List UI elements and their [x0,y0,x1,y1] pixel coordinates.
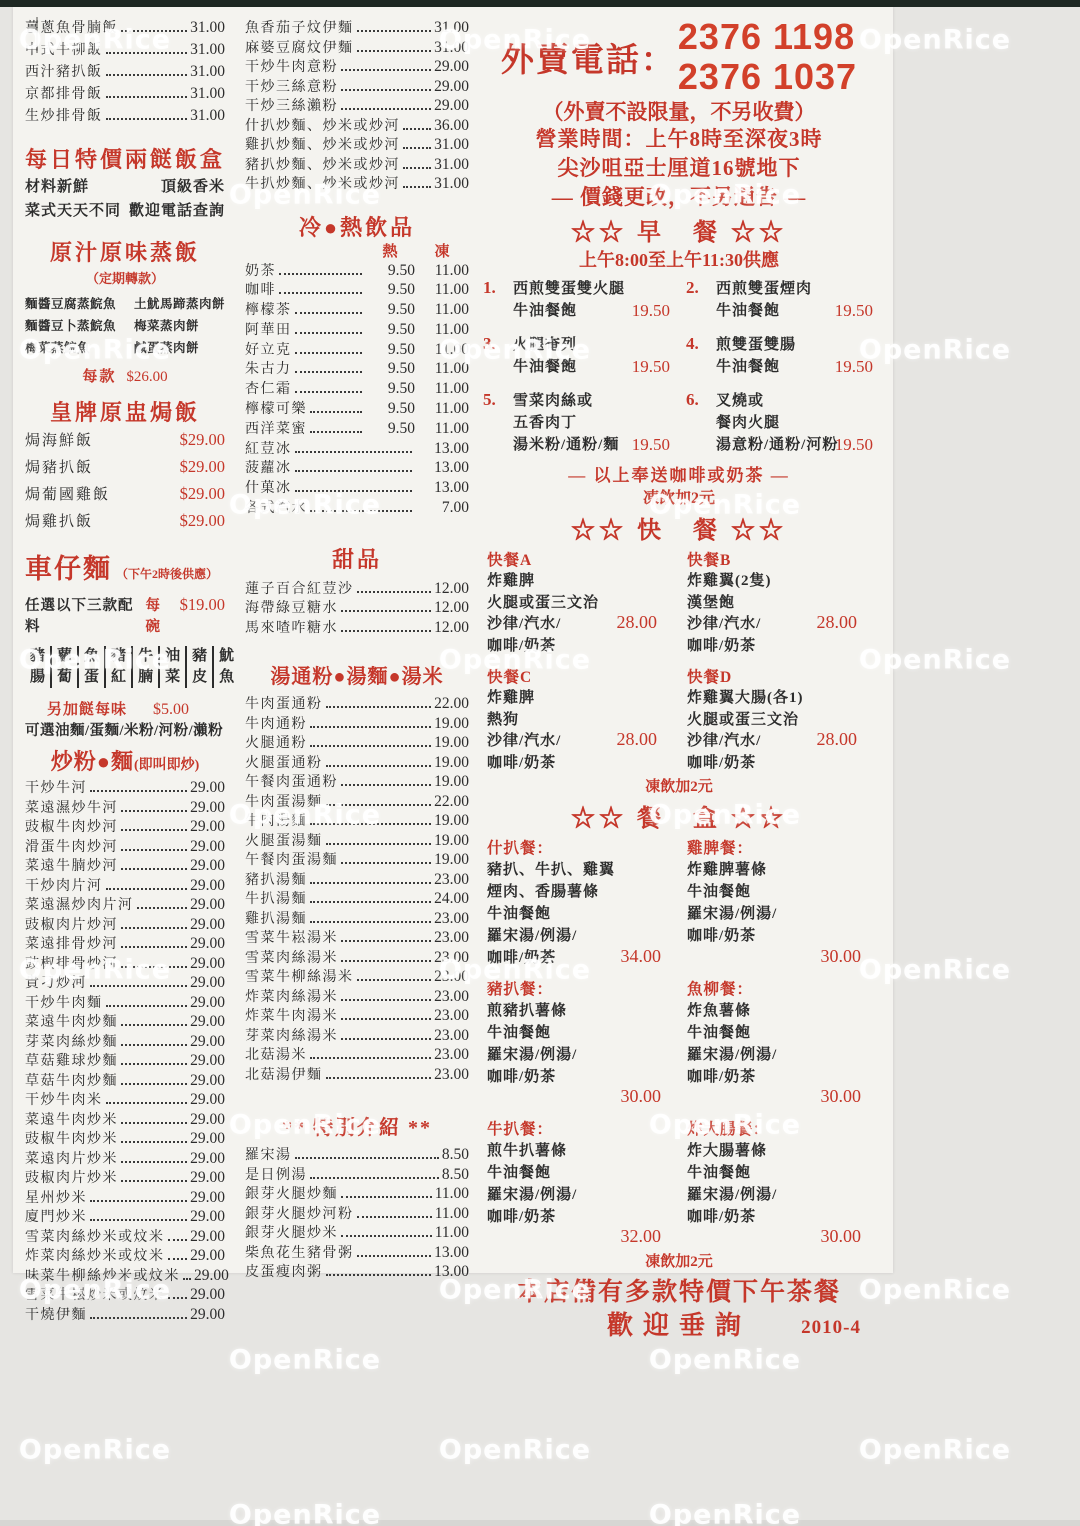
menu-item: 干炒牛肉意粉 29.00 [245,58,469,78]
breakfast-set-price: 19.50 [835,301,873,321]
menu-item: 火腿蛋湯麵 19.00 [245,832,469,852]
menu-item: 菜遠濕炒牛河 29.00 [25,799,225,819]
menu-item-price: 29.00 [190,1111,225,1130]
dot-leader [295,352,363,354]
drink-name: 紅荳冰 [245,441,292,460]
special-intro-title: ** 特別介紹 ** [245,1111,469,1140]
drink-hot-price: 9.50 [365,360,415,379]
menu-item: 貴刁炒河 29.00 [25,974,225,994]
menu-item-price: 31.00 [190,61,225,82]
menu-item: 菜遠肉片炒米 29.00 [25,1150,225,1170]
set-line: 煙肉、香腸薯條 [487,881,671,903]
scanned-menu-page: { "colors":{"accent_red":"#c5372a","phon… [0,0,1080,1526]
dot-leader [121,1161,187,1163]
menu-item-price: 23.00 [434,988,469,1007]
set-line: 咖啡/奶茶 [687,636,871,658]
menu-item-price: 19.00 [434,832,469,851]
drink-hot-price: 9.50 [365,400,415,419]
menu-item: 銀芽火腿炒麵 11.00 [245,1185,469,1205]
cart-topping: 魚蛋 [77,646,104,688]
menu-item: 中式牛柳飯 31.00 [25,39,225,61]
menu-item: 牛肉蛋湯麵 22.00 [245,793,469,813]
menu-item-price: 23.00 [434,1027,469,1046]
menu-item-name: 薑蔥魚骨腩飯 [25,18,118,39]
menu-item-price: 23.00 [434,1007,469,1026]
menu-item-price: 29.00 [190,799,225,818]
menu-item: 午餐肉蛋湯麵 19.00 [245,851,469,871]
meal-box-set-lines: 炸大腸薯條牛油餐飽羅宋湯/例湯/咖啡/奶茶 [687,1140,871,1228]
drink-cold-price: 11.00 [415,400,469,419]
drink-cold-price: 11.00 [415,420,469,439]
set-line: 羅宋湯/例湯/ [687,1184,871,1206]
menu-item-price: 36.00 [434,117,469,136]
dot-leader [357,1255,432,1257]
set-line: 咖啡/奶茶 [487,753,671,775]
dot-leader [121,868,187,870]
dot-leader [310,1177,439,1179]
menu-item: 豉椒肉片炒米 29.00 [25,1169,225,1189]
menu-item-price: 29.00 [190,1150,225,1169]
drink-hot-price: 9.50 [365,341,415,360]
menu-item-name: 干燒伊麵 [25,1307,87,1326]
drink-name: 檸檬茶 [245,302,292,321]
dot-leader [121,946,187,948]
menu-item-price: 19.00 [434,754,469,773]
menu-item-price: 29.00 [194,1267,229,1286]
drink-name: 朱古力 [245,361,292,380]
menu-item: 北菇湯伊麵 23.00 [245,1066,469,1086]
set-line: 炸雞翼大腸(各1) [687,688,871,710]
menu-item-price: 29.00 [434,58,469,77]
drink-item: 菠蘿冰 13.00 [245,459,469,479]
menu-item-price: 29.00 [190,935,225,954]
menu-item: 生炒排骨飯 31.00 [25,105,225,127]
dot-leader [106,118,188,120]
menu-item: 馬來喳咋糖水 12.00 [245,619,469,639]
left-column: 薑蔥魚骨腩飯 31.00 中式牛柳飯 31.00 西汁豬扒飯 31.00 [25,7,225,1283]
menu-item-name: 草菇牛肉炒麵 [25,1073,118,1092]
set-line: 炸雞脾薯條 [687,859,871,881]
menu-item-name: 干炒牛河 [25,780,87,799]
cart-topping: 蘿蔔 [50,646,77,688]
dot-leader [121,849,187,851]
drink-item: 紅荳冰 13.00 [245,440,469,460]
drink-price: 7.00 [415,499,469,518]
dot-leader [90,985,187,987]
dot-leader [137,907,188,909]
openrice-watermark: OpenRice [649,1345,801,1376]
set-line: 炸大腸薯條 [687,1140,871,1162]
menu-item-price: 11.00 [435,1185,469,1204]
breakfast-set: 5. 雪菜肉絲或五香肉丁湯米粉/通粉/麵 19.50 [483,390,672,456]
menu-item-price: 23.00 [434,968,469,987]
menu-item-price: 29.00 [190,779,225,798]
set-line: 雪菜肉絲或 [513,390,672,412]
steamed-dish: 土魷馬蹄蒸肉餅 [134,293,225,315]
menu-item-price: 29.00 [190,1306,225,1325]
menu-item-price: 19.00 [434,773,469,792]
menu-item-price: 23.00 [434,871,469,890]
set-line: 火腿奄列 [513,334,672,356]
menu-item-price: 13.00 [434,1263,469,1282]
drink-name: 什菓冰 [245,480,292,499]
menu-item: 京都排骨飯 31.00 [25,83,225,105]
menu-item-name: 炸菜牛肉湯米 [245,1008,338,1027]
menu-item-name: 西汁豬扒飯 [25,62,103,83]
menu-item: 麻婆豆腐炆伊麵 31.00 [245,39,469,59]
menu-item-name: 貴刁炒河 [25,975,87,994]
cart-bowl-price: $19.00 [180,595,225,615]
openrice-watermark: OpenRice [859,1275,1011,1306]
menu-item-name: 干炒三絲瀨粉 [245,98,338,117]
cart-topping: 油菜 [158,646,185,688]
dot-leader [310,726,431,728]
drinks-title: 冷●熱飲品 [245,211,469,242]
menu-item-name: 牛扒湯麵 [245,891,307,910]
menu-item-price: 12.00 [434,599,469,618]
set-line: 羅宋湯/例湯/ [687,1044,871,1066]
breakfast-set-number: 1. [483,278,496,298]
fast-food-set-price: 28.00 [817,612,858,633]
menu-item-price: 29.00 [190,1247,225,1266]
dot-leader [295,1157,439,1159]
opening-hours: 營業時間：上午8時至深夜3時 [477,125,881,154]
drinks-single-list: 紅荳冰 13.00 菠蘿冰 13.00 什菓冰 13.00 各式 [245,440,469,519]
drink-item: 朱古力 9.50 11.00 [245,360,469,380]
baked-rice-title: 皇牌原盅焗飯 [25,396,225,427]
cart-topping: 豬紅 [104,646,131,688]
menu-item: 牛肉湯麵 19.00 [245,812,469,832]
dot-leader [326,843,432,845]
menu-item-name: 焗雞扒飯 [25,510,93,535]
menu-item: 菜遠牛肉炒麵 29.00 [25,1013,225,1033]
meal-box-set-name: 魚柳餐： [687,979,871,1000]
breakfast-set-price: 19.50 [632,357,670,377]
dot-leader [106,1005,188,1007]
dot-leader [295,451,413,453]
menu-item-price: 12.00 [434,580,469,599]
dot-leader [121,966,187,968]
phone-numbers: 2376 1198 2376 1037 [678,17,857,97]
cart-noodle-subtitle: （下午2時後供應） [116,565,218,582]
drink-hot-price: 9.50 [365,281,415,300]
menu-item: 豉椒牛肉炒河 29.00 [25,818,225,838]
dot-leader [326,706,432,708]
closing-welcome-text: 歡迎垂詢 [607,1311,751,1340]
menu-item-price: 22.00 [434,793,469,812]
menu-item-price: 23.00 [434,929,469,948]
menu-item: 羅宋湯 8.50 [245,1146,469,1166]
menu-item: 星州炒米 29.00 [25,1189,225,1209]
dot-leader [310,901,431,903]
menu-item: 干炒三絲瀨粉 29.00 [245,97,469,117]
menu-item: 豉椒排骨炒河 29.00 [25,955,225,975]
menu-item: 蓮子百合紅荳沙 12.00 [245,580,469,600]
menu-item: 火腿通粉 19.00 [245,734,469,754]
cart-topping: 牛腩 [131,646,158,688]
soup-noodles-title: 湯通粉●湯麵●湯米 [245,660,469,689]
menu-item-name: 豉椒肉片炒河 [25,917,118,936]
drink-cold-price: 11.00 [415,380,469,399]
menu-item-name: 豉椒牛肉炒米 [25,1131,118,1150]
menu-item-name: 什扒炒麵、炒米或炒河 [245,118,400,137]
menu-item: 豬扒炒麵、炒米或炒河 31.00 [245,156,469,176]
menu-item-price: 29.00 [190,955,225,974]
menu-item-name: 菜遠濕炒牛河 [25,800,118,819]
cart-extra-line: 另加餸每味 $5.00 [25,698,225,719]
menu-item-name: 干炒肉片河 [25,878,103,897]
menu-item: 牛肉通粉 19.00 [245,715,469,735]
breakfast-set: 6. 叉燒或餐肉火腿湯意粉/通粉/河粉 19.50 [686,390,875,456]
menu-item: 牛扒炒麵、炒米或炒河 31.00 [245,175,469,195]
menu-item-price: 29.00 [190,974,225,993]
fast-food-set-name: 快餐D [687,667,871,688]
set-line: 炸魚薯條 [687,1000,871,1022]
menu-item-price: 29.00 [434,78,469,97]
meal-box-set-lines: 煎牛扒薯條牛油餐飽羅宋湯/例湯/咖啡/奶茶 [487,1140,671,1228]
steamed-rice-col-a: 麵醬豆腐蒸鯇魚麵醬豆卜蒸鯇魚梅菜蒸鯇魚 [25,293,116,359]
menu-item: 菜遠牛腩炒河 29.00 [25,857,225,877]
dot-leader [310,1057,431,1059]
breakfast-title: ☆☆ 早 餐 ☆☆ [477,218,881,248]
drink-item: 咖啡 9.50 11.00 [245,281,469,301]
cart-topping: 魷魚 [212,646,239,688]
menu-item-name: 海帶綠豆糖水 [245,600,338,619]
menu-item-price: 29.00 [190,896,225,915]
drink-item: 奶茶 9.50 11.00 [245,262,469,282]
menu-item-name: 菜遠牛腩炒河 [25,858,118,877]
dot-leader [121,1024,187,1026]
menu-item-name: 豉椒排骨炒河 [25,956,118,975]
dot-leader [310,745,431,747]
set-line: 炸雞翼(2隻) [687,571,871,593]
dot-leader [90,1200,187,1202]
menu-item: 廈門炒米 29.00 [25,1208,225,1228]
breakfast-set-number: 4. [686,334,699,354]
set-line: 西煎雙蛋煙肉 [716,278,875,300]
menu-item: 菜遠濕炒肉片河 29.00 [25,896,225,916]
breakfast-set-price: 19.50 [835,435,873,455]
set-line: 熱狗 [487,710,671,732]
menu-item: 雪菜牛柳絲湯米 23.00 [245,968,469,988]
menu-item-name: 銀芽火腿炒米 [245,1225,338,1244]
menu-item-name: 炸菜肉絲炒米或炆米 [25,1248,165,1267]
menu-item-name: 菜遠肉片炒米 [25,1151,118,1170]
meal-box-set: 豬扒餐： 煎豬扒薯條牛油餐飽羅宋湯/例湯/咖啡/奶茶 30.00 [487,979,671,1109]
menu-item-price: 29.00 [190,1228,225,1247]
set-line: 牛油餐飽 [487,1022,671,1044]
menu-item-price: 29.00 [190,994,225,1013]
openrice-watermark: OpenRice [19,1435,171,1466]
menu-item: 薑蔥魚骨腩飯 31.00 [25,17,225,39]
address: 尖沙咀亞士厘道16號地下 [477,154,881,183]
menu-item-price: 29.00 [190,857,225,876]
dot-leader [90,1317,187,1319]
menu-item: 海帶綠豆糖水 12.00 [245,599,469,619]
menu-item: 干炒三絲意粉 29.00 [245,78,469,98]
meal-box-set-name: 豬扒餐： [487,979,671,1000]
menu-item-name: 芽菜肉絲湯米 [245,1028,338,1047]
menu-paper: 薑蔥魚骨腩飯 31.00 中式牛柳飯 31.00 西汁豬扒飯 31.00 [13,7,893,1273]
menu-item: 干燒伊麵 29.00 [25,1306,225,1326]
menu-item-name: 菜遠排骨炒河 [25,936,118,955]
menu-item-name: 雪菜牛柳絲湯米 [245,969,354,988]
dot-leader [341,630,431,632]
menu-item-name: 火腿蛋湯麵 [245,833,323,852]
dot-leader [357,30,432,32]
drink-name: 西洋菜蜜 [245,421,307,440]
menu-item-price: 19.00 [434,851,469,870]
dot-leader [341,960,431,962]
dot-leader [310,823,431,825]
menu-item-price: 23.00 [434,1046,469,1065]
scan-top-edge [0,0,1080,7]
drink-cold-price: 11.00 [415,321,469,340]
menu-item: 牛扒湯麵 24.00 [245,890,469,910]
menu-item-price: 23.00 [434,1066,469,1085]
menu-item-price: 29.00 [190,1033,225,1052]
set-line: 漢堡飽 [687,593,871,615]
menu-item-name: 北菇湯米 [245,1047,307,1066]
meal-box-set-lines: 炸魚薯條牛油餐飽羅宋湯/例湯/咖啡/奶茶 [687,1000,871,1088]
set-line: 火腿或蛋三文治 [487,593,671,615]
cold-column-header: 凍 [415,242,469,262]
daily-special-left: 材料新鮮 [25,177,89,198]
menu-item-price: 29.00 [190,1091,225,1110]
menu-item-price: 29.00 [190,1013,225,1032]
menu-item: 雪菜牛崧炒米或炆米 29.00 [25,1286,225,1306]
set-line: 羅宋湯/例湯/ [487,925,671,947]
dot-leader [106,1102,188,1104]
menu-item: 銀芽火腿炒米 11.00 [245,1224,469,1244]
menu-item: 雞扒炒麵、炒米或炒河 31.00 [245,136,469,156]
drink-item: 什菓冰 13.00 [245,479,469,499]
set-line: 豬扒、牛扒、雞翼 [487,859,671,881]
menu-item: 銀芽火腿炒河粉 11.00 [245,1205,469,1225]
phone-number-2: 2376 1037 [678,57,857,97]
set-line: 咖啡/奶茶 [487,636,671,658]
menu-item-price: 31.00 [434,136,469,155]
menu-item: 火腿蛋通粉 19.00 [245,754,469,774]
menu-item-name: 干炒牛肉米 [25,1092,103,1111]
dot-leader [341,862,431,864]
menu-item-name: 滑蛋牛肉炒河 [25,839,118,858]
set-line: 煎豬扒薯條 [487,1000,671,1022]
breakfast-set: 3. 火腿奄列牛油餐飽 19.50 [483,334,672,378]
dot-leader [295,371,363,373]
dot-leader [310,882,431,884]
set-line: 咖啡/奶茶 [687,1066,871,1088]
meal-box-set-price: 30.00 [821,946,862,967]
cart-noodle-heading: 車仔麵 （下午2時後供應） [25,547,225,586]
phone-number-1: 2376 1198 [678,17,857,57]
meal-box-cold-drink-note: 凍飲加2元 [477,1251,881,1273]
set-line: 咖啡/奶茶 [687,925,871,947]
drinks-price-columns-header: 熱 凍 [245,242,469,262]
menu-item-price: 29.00 [190,1286,225,1305]
menu-item-price: 29.00 [190,877,225,896]
steamed-dish: 梅菜蒸鯇魚 [25,337,116,359]
drink-cold-price: 11.00 [415,360,469,379]
menu-item-price: 31.00 [190,105,225,126]
menu-item: 柴魚花生豬骨粥 13.00 [245,1244,469,1264]
dot-leader [295,332,363,334]
baked-rice-list: 焗海鮮飯 $29.00 焗豬扒飯 $29.00 焗葡國雞飯 $29.00 焗雞扒… [25,427,225,535]
breakfast-set-number: 3. [483,334,496,354]
menu-item-price: 8.50 [442,1166,469,1185]
cart-extra-price: $5.00 [153,701,189,719]
menu-item-price: 31.00 [434,175,469,194]
fried-noodles-title: 炒粉●麵 [51,749,134,774]
set-line: 羅宋湯/例湯/ [487,1044,671,1066]
drink-item: 好立克 9.50 11.00 [245,341,469,361]
menu-item-price: $29.00 [180,454,225,479]
menu-item-name: 雞扒湯麵 [245,911,307,930]
menu-item: 雪菜牛崧湯米 23.00 [245,929,469,949]
middle-column: 魚香茄子炆伊麵 31.00 麻婆豆腐炆伊麵 31.00 干炒牛肉意粉 29.00 [245,7,469,1285]
cart-extra-label: 另加餸每味 [47,698,127,719]
breakfast-set-number: 5. [483,390,496,410]
set-line: 咖啡/奶茶 [487,1206,671,1228]
dot-leader [121,1180,187,1182]
menu-item-price: 31.00 [190,39,225,60]
drink-price: 13.00 [415,479,469,498]
breakfast-set: 2. 西煎雙蛋煙肉牛油餐飽 19.50 [686,278,875,322]
drink-name: 各式汽水 [245,500,307,519]
menu-item-name: 生炒排骨飯 [25,106,103,127]
set-line: 煎牛扒薯條 [487,1140,671,1162]
set-line: 炸雞脾 [487,571,671,593]
menu-item: 豬扒湯麵 23.00 [245,871,469,891]
fast-food-set-price: 28.00 [617,729,658,750]
steamed-rice-subtitle: （定期轉款） [25,270,225,287]
menu-item-name: 京都排骨飯 [25,84,103,105]
openrice-watermark: OpenRice [859,1435,1011,1466]
menu-item-name: 牛扒炒麵、炒米或炒河 [245,176,400,195]
menu-item: 焗雞扒飯 $29.00 [25,508,225,535]
steamed-rice-price-note: 每款$26.00 [25,365,225,386]
menu-item: 炸菜牛肉湯米 23.00 [245,1007,469,1027]
braised-noodle-list: 魚香茄子炆伊麵 31.00 麻婆豆腐炆伊麵 31.00 干炒牛肉意粉 29.00 [245,19,469,195]
fast-food-cold-drink-note: 凍飲加2元 [477,776,881,798]
menu-item-name: 牛肉湯麵 [245,813,307,832]
dot-leader [341,1038,431,1040]
special-intro-list: 羅宋湯 8.50 是日例湯 8.50 銀芽火腿炒麵 11.00 [245,1146,469,1283]
menu-item-name: 銀芽火腿炒河粉 [245,1206,354,1225]
meal-box-set-lines: 炸雞脾薯條牛油餐飽羅宋湯/例湯/咖啡/奶茶 [687,859,871,947]
fast-food-set-name: 快餐A [487,550,671,571]
breakfast-cold-drink-note: 凍飲加2元 [477,488,881,510]
menu-item-price: 24.00 [434,890,469,909]
cart-noodle-title: 車仔麵 [25,547,112,586]
menu-item: 菜遠牛肉炒米 29.00 [25,1111,225,1131]
menu-item-name: 星州炒米 [25,1190,87,1209]
dot-leader [326,1274,432,1276]
soup-noodles-list: 牛肉蛋通粉 22.00 牛肉通粉 19.00 火腿通粉 19.00 [245,695,469,1085]
scan-bottom-edge [0,1520,1080,1526]
dot-leader [357,50,432,52]
drink-hot-price: 9.50 [365,301,415,320]
takeaway-phone-label: 外賣電話： [501,34,676,81]
drink-price: 13.00 [415,440,469,459]
dot-leader [310,431,362,433]
menu-item-price: 29.00 [190,1130,225,1149]
set-line: 五香肉丁 [513,412,672,434]
set-line: 牛油餐飽 [687,881,871,903]
menu-item: 干炒牛河 29.00 [25,779,225,799]
menu-item-name: 午餐肉蛋通粉 [245,774,338,793]
meal-box-set-name: 炸大腸餐： [687,1119,871,1140]
